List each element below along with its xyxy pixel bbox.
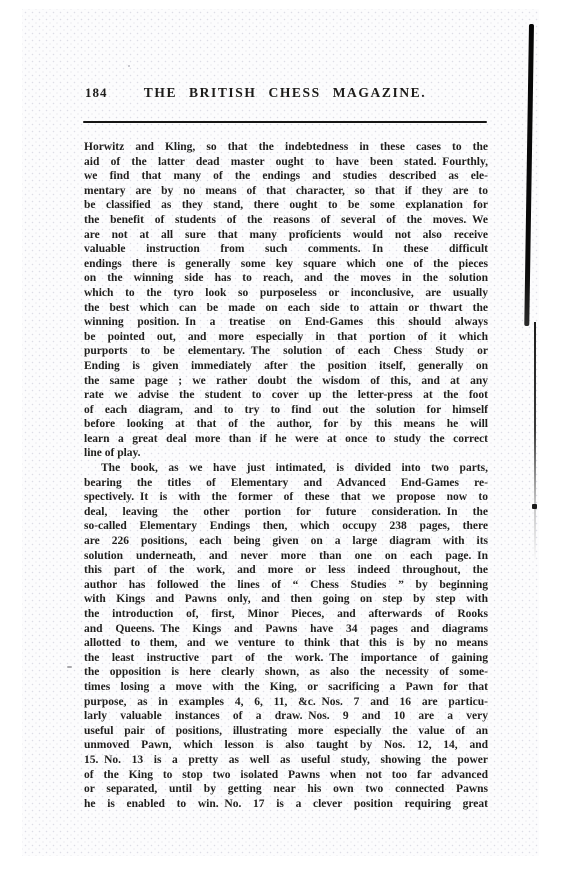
text-line: the benefit of students of the reasons o… <box>84 213 488 228</box>
text-line: be pointed out, and more especially in t… <box>84 330 488 345</box>
text-line: the opposition is here clearly shown, as… <box>84 665 488 680</box>
text-line: the best which can be made on each side … <box>84 301 488 316</box>
body-text: Horwitz and Kling, so that the indebtedn… <box>84 140 488 811</box>
text-line: purports to be elementary. The solution … <box>84 344 488 359</box>
text-line: author has followed the lines of “ Chess… <box>84 578 488 593</box>
text-line: we find that many of the endings and stu… <box>84 169 488 184</box>
text-line: deal, leaving the other portion for futu… <box>84 505 488 520</box>
text-line: with Kings and Pawns only, and then goin… <box>84 592 488 607</box>
text-line: winning position. In a treatise on End-G… <box>84 315 488 330</box>
book-spine-shadow-tail <box>534 322 536 562</box>
text-line: unmoved Pawn, which lesson is also taugh… <box>84 738 488 753</box>
text-line: the introduction of, first, Minor Pieces… <box>84 607 488 622</box>
text-line: solution underneath, and never more than… <box>84 549 488 564</box>
text-line: endings there is generally some key squa… <box>84 257 488 272</box>
text-line: are not at all sure that many proficient… <box>84 228 488 243</box>
text-line: larly valuable instances of a draw. Nos.… <box>84 709 488 724</box>
text-line: this part of the work, and more or less … <box>84 563 488 578</box>
text-line: useful pair of positions, illustrating m… <box>84 724 488 739</box>
text-line: of each diagram, and to try to find out … <box>84 403 488 418</box>
text-line: learn a great deal more than if he were … <box>84 432 488 447</box>
text-line: bearing the titles of Elementary and Adv… <box>84 476 488 491</box>
scan-texture: 184 THE BRITISH CHESS MAGAZINE. Horwitz … <box>22 9 539 856</box>
text-line: before looking at that of the author, fo… <box>84 417 488 432</box>
text-line: the same page ; we rather doubt the wisd… <box>84 374 488 389</box>
scanned-page: 184 THE BRITISH CHESS MAGAZINE. Horwitz … <box>0 0 564 885</box>
scan-speck <box>532 504 537 509</box>
page-header: 184 THE BRITISH CHESS MAGAZINE. <box>83 85 487 107</box>
text-line: 15. No. 13 is a pretty as well as useful… <box>84 753 488 768</box>
magazine-title: THE BRITISH CHESS MAGAZINE. <box>83 85 487 101</box>
text-line: of the King to stop two isolated Pawns w… <box>84 768 488 783</box>
text-line: so-called Elementary Endings then, which… <box>84 519 488 534</box>
text-line: mentary are by no means of that characte… <box>84 184 488 199</box>
text-line: be classified as they stand, there ought… <box>84 198 488 213</box>
text-line: are 226 positions, each being given on a… <box>84 534 488 549</box>
text-line: Ending is given immediately after the po… <box>84 359 488 374</box>
text-line: Horwitz and Kling, so that the indebtedn… <box>84 140 488 155</box>
text-line: rate we advise the student to cover up t… <box>84 388 488 403</box>
text-line: The book, as we have just intimated, is … <box>84 461 488 476</box>
text-line: he is enabled to win. No. 17 is a clever… <box>84 797 488 812</box>
text-line: times losing a move with the King, or sa… <box>84 680 488 695</box>
text-line: and Queens. The Kings and Pawns have 34 … <box>84 622 488 637</box>
text-line: which to the tyro look so purposeless or… <box>84 286 488 301</box>
text-line: purpose, as in examples 4, 6, 11, &c. No… <box>84 695 488 710</box>
text-line: allotted to them, and we venture to thin… <box>84 636 488 651</box>
text-line: line of play. <box>84 446 488 461</box>
header-rule <box>83 121 487 123</box>
text-line: or separated, until by getting near his … <box>84 782 488 797</box>
scan-speck <box>128 65 130 67</box>
text-line: the least instructive part of the work. … <box>84 651 488 666</box>
text-line: aid of the latter dead master ought to h… <box>84 155 488 170</box>
text-line: on the winning side has to reach, and th… <box>84 271 488 286</box>
text-line: spectively. It is with the former of the… <box>84 490 488 505</box>
text-line: valuable instruction from such comments.… <box>84 242 488 257</box>
scan-speck <box>67 666 72 668</box>
